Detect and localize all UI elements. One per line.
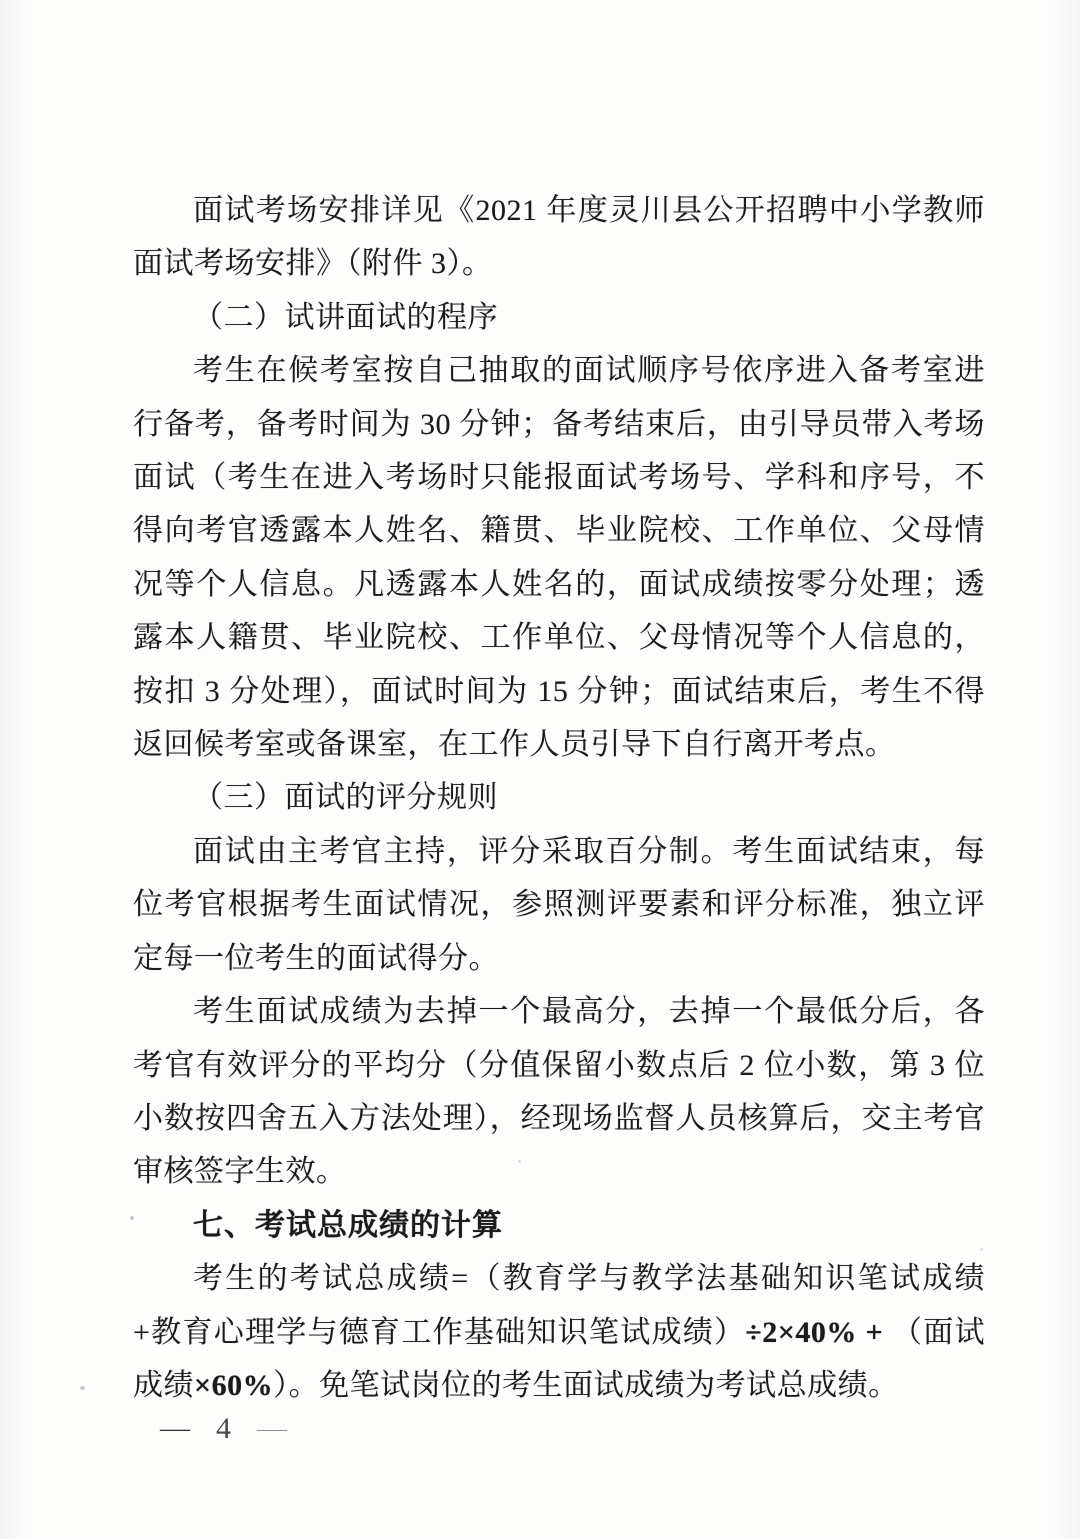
page-footer: — 4 —: [160, 1412, 285, 1446]
heading-section-2-procedure: （二）试讲面试的程序: [133, 291, 985, 344]
formula-segment-closing: ）。免笔试岗位的考生面试成绩为考试总成绩。: [273, 1369, 899, 1402]
heading-section-7-total-score: 七、考试总成绩的计算: [133, 1199, 985, 1252]
paragraph-venue-arrangement: 面试考场安排详见《2021 年度灵川县公开招聘中小学教师面试考场安排》（附件 3…: [133, 184, 985, 291]
paragraph-scoring-host: 面试由主考官主持，评分采取百分制。考生面试结束，每位考官根据考生面试情况，参照测…: [133, 825, 985, 985]
paragraph-total-score-formula: 考生的考试总成绩=（教育学与教学法基础知识笔试成绩+教育心理学与德育工作基础知识…: [133, 1252, 985, 1412]
footer-dash-right: —: [257, 1417, 285, 1441]
scan-noise-dot: [518, 1160, 521, 1163]
scan-noise-dot: [980, 1248, 983, 1251]
heading-section-3-scoring-rules: （三）面试的评分规则: [133, 771, 985, 824]
paragraph-score-averaging: 考生面试成绩为去掉一个最高分，去掉一个最低分后，各考官有效评分的平均分（分值保留…: [133, 985, 985, 1199]
document-body: 面试考场安排详见《2021 年度灵川县公开招聘中小学教师面试考场安排》（附件 3…: [133, 184, 985, 1412]
scan-noise-dot: [80, 1386, 85, 1390]
formula-segment-interview-weight: ×60%: [194, 1369, 273, 1402]
footer-dash-left: —: [160, 1415, 190, 1442]
formula-segment-divide-weight: ÷2×40% +: [745, 1316, 892, 1349]
scanned-document-page: 面试考场安排详见《2021 年度灵川县公开招聘中小学教师面试考场安排》（附件 3…: [0, 0, 1080, 1539]
scan-noise-dot: [130, 1216, 134, 1220]
paragraph-interview-procedure: 考生在候考室按自己抽取的面试顺序号依序进入备考室进行备考，备考时间为 30 分钟…: [133, 344, 985, 771]
page-number: 4: [216, 1412, 231, 1446]
